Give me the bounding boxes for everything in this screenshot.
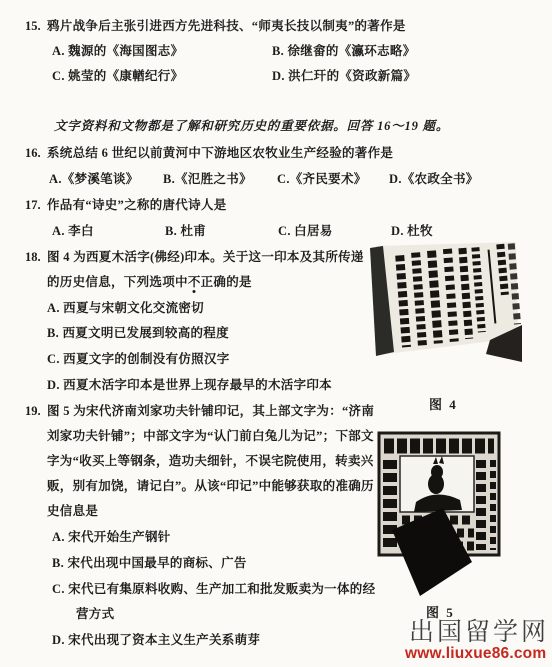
q16-option-a: A.《梦溪笔谈》 (49, 172, 139, 187)
q16-text: 系统总结 6 世纪以前黄河中下游地区农牧业生产经验的著作是 (47, 146, 393, 160)
q19-number: 19. (25, 404, 47, 419)
q18-emphasized-char: 不 (188, 275, 201, 289)
q19-text-line1: 图 5 为宋代济南刘家功夫针铺印记，其上部文字为：“济南 (47, 404, 374, 418)
q15-stem: 15.鸦片战争后主张引进西方先进科技、“师夷长技以制夷”的著作是 (25, 19, 406, 34)
q16-number: 16. (25, 146, 47, 161)
q19-option-d: D. 宋代出现了资本主义生产关系萌芽 (52, 633, 260, 648)
q18-number: 18. (25, 250, 47, 265)
q18-stem-line2: 的历史信息，下列选项中不正确的是 (47, 275, 252, 290)
q18-option-c: C. 西夏文字的创制没有仿照汉字 (47, 352, 230, 367)
q18-option-d: D. 西夏木活字印本是世界上现存最早的木活字印本 (47, 378, 332, 393)
q19-option-c-line1: C. 宋代已有集原料收购、生产加工和批发贩卖为一体的经 (52, 582, 375, 597)
q19-option-b: B. 宋代出现中国最早的商标、广告 (52, 556, 247, 571)
q18-text-line1: 图 4 为西夏木活字(佛经)印本。关于这一印本及其所传递 (47, 250, 364, 264)
q16-option-d: D.《农政全书》 (389, 172, 479, 187)
q17-option-c: C. 白居易 (278, 224, 333, 239)
q15-option-b: B. 徐继畲的《瀛环志略》 (272, 44, 416, 59)
q15-number: 15. (25, 19, 47, 34)
q19-stem-line1: 19.图 5 为宋代济南刘家功夫针铺印记，其上部文字为：“济南 (25, 404, 374, 419)
q19-stem-line5: 史信息是 (47, 504, 98, 519)
watermark-site-name: 出国留学网 (409, 619, 549, 646)
q19-stem-line4: 贩，别有加饶，请记白”。从该“印记”中能够获取的准确历 (47, 479, 374, 494)
q15-option-a: A. 魏源的《海国图志》 (52, 44, 183, 59)
watermark-url: www.liuxue86.com (405, 645, 546, 662)
exam-page: 15.鸦片战争后主张引进西方先进科技、“师夷长技以制夷”的著作是 A. 魏源的《… (0, 0, 552, 667)
q19-stem-line2: 刘家功夫针铺”；中部文字为“认门前白兔儿为记”；下部文 (47, 429, 374, 444)
q16-stem: 16.系统总结 6 世纪以前黄河中下游地区农牧业生产经验的著作是 (25, 146, 393, 161)
fig4-caption: 图 4 (429, 394, 458, 413)
q18-stem-line1: 18.图 4 为西夏木活字(佛经)印本。关于这一印本及其所传递 (25, 250, 364, 265)
fig5-image (376, 430, 502, 598)
q17-number: 17. (25, 198, 47, 213)
q18-text-line2-pre: 的历史信息，下列选项中 (47, 275, 188, 289)
q17-stem: 17.作品有“诗史”之称的唐代诗人是 (25, 198, 227, 213)
q19-stem-line3: 字为“收买上等钢条，造功夫细针，不误宅院使用，转卖兴 (47, 454, 374, 469)
q19-option-a: A. 宋代开始生产钢针 (52, 530, 171, 545)
q15-text: 鸦片战争后主张引进西方先进科技、“师夷长技以制夷”的著作是 (47, 19, 406, 33)
q15-option-c: C. 姚莹的《康輶纪行》 (52, 69, 183, 84)
q17-option-b: B. 杜甫 (165, 224, 206, 239)
section-intro: 文字资料和文物都是了解和研究历史的重要依据。回答 16～19 题。 (54, 119, 449, 134)
q18-option-b: B. 西夏文明已发展到较高的程度 (47, 326, 229, 341)
q17-option-d: D. 杜牧 (391, 224, 433, 239)
q19-option-c-line2: 营方式 (76, 607, 114, 622)
q16-option-b: B.《氾胜之书》 (163, 172, 252, 187)
q15-option-d: D. 洪仁玕的《资政新篇》 (272, 69, 416, 84)
q17-text: 作品有“诗史”之称的唐代诗人是 (47, 198, 227, 212)
q17-option-a: A. 李白 (52, 224, 94, 239)
q18-text-line2-post: 正确的是 (201, 275, 252, 289)
q18-option-a: A. 西夏与宋朝文化交流密切 (47, 301, 204, 316)
fig4-image (366, 240, 522, 362)
q16-option-c: C.《齐民要术》 (277, 172, 367, 187)
